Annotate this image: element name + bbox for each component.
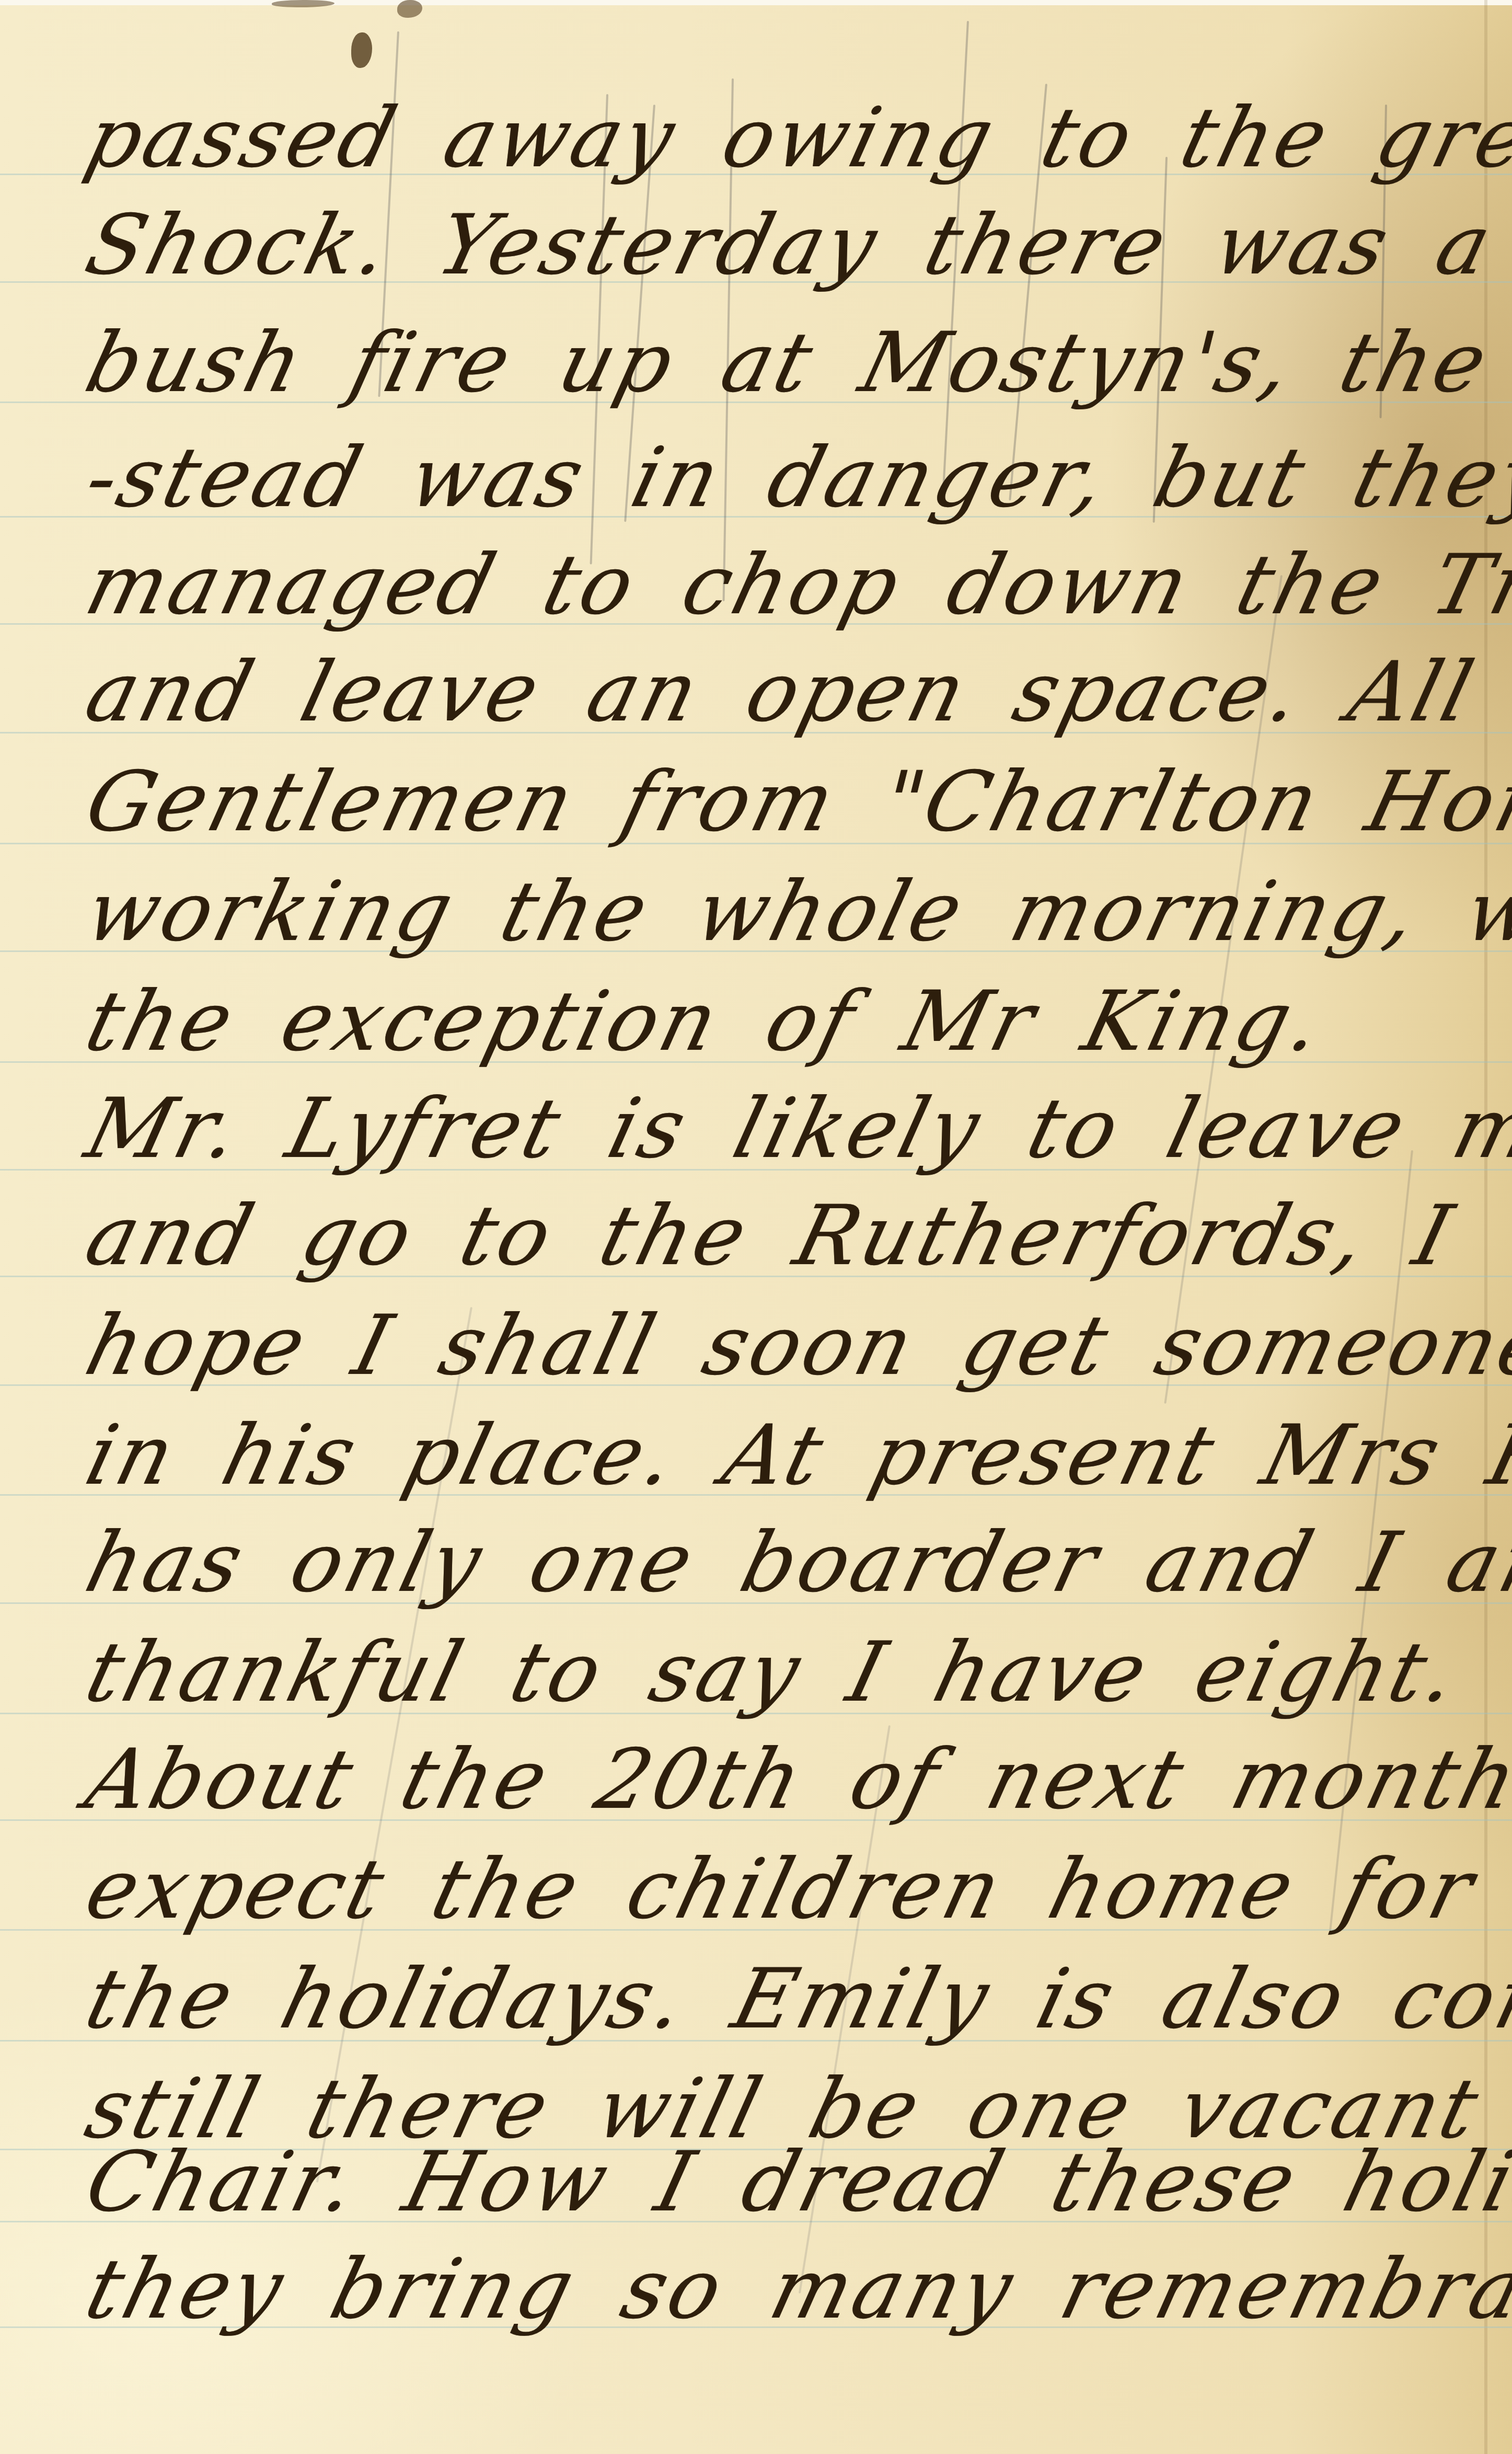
handwritten-line: and go to the Rutherfords, I <box>78 1195 1484 1277</box>
handwritten-line: hope I shall soon get someone <box>78 1304 1484 1387</box>
handwritten-line: passed away owing to the great <box>78 97 1484 179</box>
handwritten-line: bush fire up at Mostyn's, the home <box>78 322 1484 404</box>
handwritten-line: expect the children home for <box>78 1848 1484 1931</box>
ink-blot <box>397 0 422 18</box>
paper-top-edge <box>0 0 1512 5</box>
handwritten-line: and leave an open space. All the <box>78 651 1484 733</box>
handwritten-line: About the 20th of next month I <box>78 1738 1484 1821</box>
handwritten-line: in his place. At present Mrs Rutherford <box>78 1414 1484 1497</box>
letter-page: passed away owing to the great Shock. Ye… <box>0 0 1512 2454</box>
handwritten-line: the exception of Mr King. <box>78 980 1484 1063</box>
handwritten-line: Chair. How I dread these holidays, <box>78 2141 1484 2223</box>
handwritten-line: Shock. Yesterday there was a large <box>78 204 1484 286</box>
handwritten-line: managed to chop down the Trees <box>78 544 1484 626</box>
ink-blot <box>272 0 334 7</box>
handwritten-line: working the whole morning, with <box>78 870 1484 953</box>
handwritten-line: Gentlemen from "Charlton Home" were <box>78 761 1484 843</box>
handwritten-line: Mr. Lyfret is likely to leave me <box>78 1087 1484 1170</box>
handwritten-line: has only one boarder and I am <box>78 1521 1484 1604</box>
ink-blot <box>351 32 372 68</box>
handwritten-line: -stead was in danger, but they <box>78 437 1484 519</box>
handwritten-line: they bring so many remembrances <box>78 2248 1484 2331</box>
handwritten-line: thankful to say I have eight. <box>78 1631 1484 1714</box>
handwritten-line: the holidays. Emily is also coming, <box>78 1958 1484 2040</box>
